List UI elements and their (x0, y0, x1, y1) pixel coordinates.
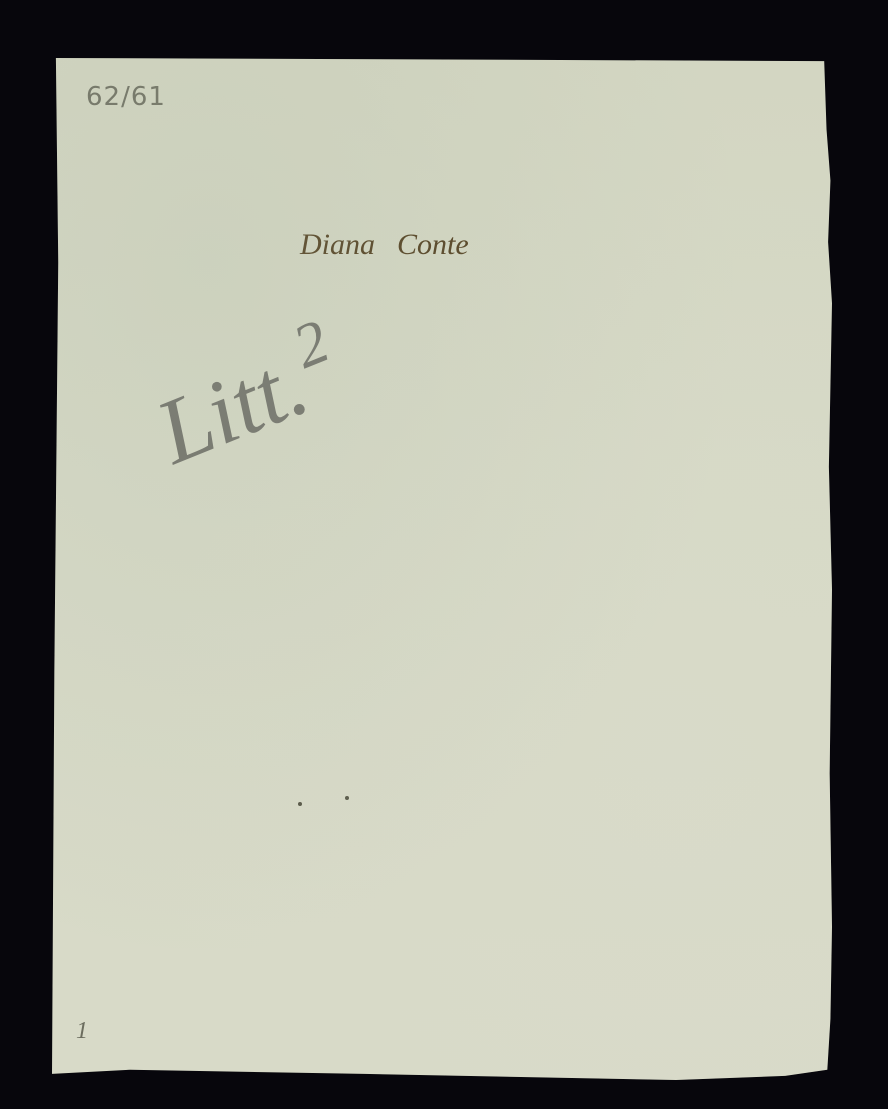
ink-speck (345, 796, 349, 800)
pencil-annotation: Litt.2 (138, 306, 356, 485)
title-surname: Conte (397, 228, 469, 261)
document-title: DianaConte (300, 228, 469, 262)
pencil-abbrev: Litt. (143, 332, 321, 483)
folio-mark: 62/61 (86, 82, 166, 112)
title-first-name: Diana (300, 228, 375, 261)
manuscript-page: 62/61 DianaConte Litt.2 1 (52, 58, 832, 1080)
ink-speck (298, 802, 302, 806)
page-number: 1 (76, 1018, 88, 1045)
